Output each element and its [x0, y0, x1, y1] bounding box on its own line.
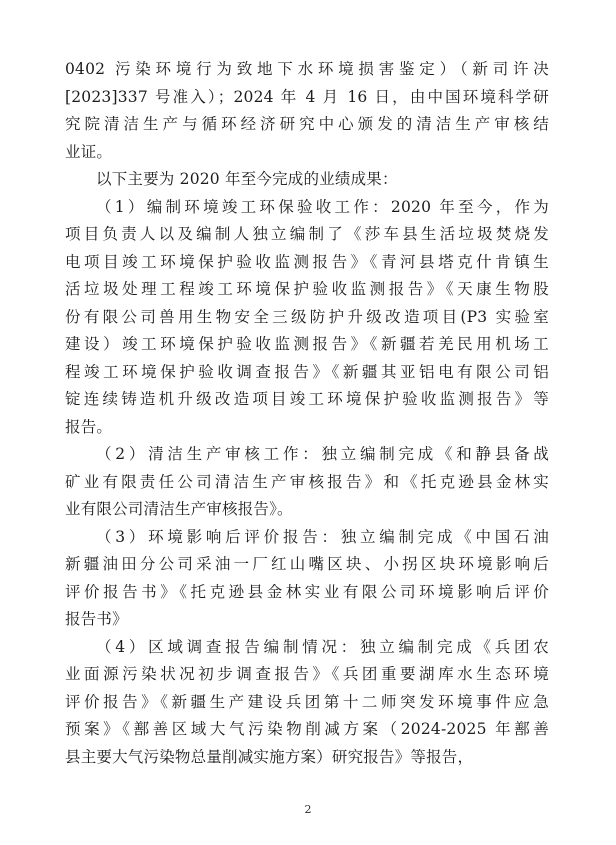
page-number: 2: [0, 803, 616, 816]
text-line: 新疆油田分公司采油一厂红山嘴区块、小拐区块环境影响后: [65, 551, 549, 579]
text-line: 锭连续铸造机升级改造项目竣工环境保护验收监测报告》等: [65, 386, 549, 414]
text-line: 0402 污染环境行为致地下水环境损害鉴定）（新司许决: [65, 56, 549, 84]
text-line: 项目负责人以及编制人独立编制了《莎车县生活垃圾焚烧发: [65, 221, 549, 249]
text-line: 程竣工环境保护验收调查报告》《新疆其亚铝电有限公司铝: [65, 359, 549, 387]
text-line: 究院清洁生产与循环经济研究中心颁发的清洁生产审核结: [65, 111, 549, 139]
document-page: 0402 污染环境行为致地下水环境损害鉴定）（新司许决[2023]337 号准入…: [0, 0, 616, 845]
text-line: 业证。: [65, 139, 549, 167]
text-line: 建设）竣工环境保护验收监测报告》《新疆若羌民用机场工: [65, 331, 549, 359]
text-line: （1）编制环境竣工环保验收工作：2020 年至今，作为: [65, 194, 549, 222]
text-line: 活垃圾处理工程竣工环境保护验收监测报告》《天康生物股: [65, 276, 549, 304]
text-line: 业面源污染状况初步调查报告》《兵团重要湖库水生态环境: [65, 661, 549, 689]
text-line: 县主要大气污染物总量削减实施方案）研究报告》等报告，: [65, 744, 549, 772]
text-line: 报告。: [65, 414, 549, 442]
text-line: 业有限公司清洁生产审核报告》。: [65, 496, 549, 524]
text-line: 预案》《鄯善区域大气污染物削减方案（2024-2025 年鄯善: [65, 716, 549, 744]
text-line: 评价报告》《新疆生产建设兵团第十二师突发环境事件应急: [65, 689, 549, 717]
text-line: 以下主要为 2020 年至今完成的业绩成果：: [65, 166, 549, 194]
text-line: 电项目竣工环境保护验收监测报告》《青河县塔克什肯镇生: [65, 249, 549, 277]
text-line: 评价报告书》《托克逊县金林实业有限公司环境影响后评价: [65, 579, 549, 607]
text-line: 份有限公司兽用生物安全三级防护升级改造项目(P3 实验室: [65, 304, 549, 332]
text-line: [2023]337 号准入）；2024 年 4 月 16 日，由中国环境科学研: [65, 84, 549, 112]
document-content: 0402 污染环境行为致地下水环境损害鉴定）（新司许决[2023]337 号准入…: [65, 56, 549, 771]
text-line: （4）区域调查报告编制情况：独立编制完成《兵团农: [65, 634, 549, 662]
text-line: （3）环境影响后评价报告：独立编制完成《中国石油: [65, 524, 549, 552]
text-line: 矿业有限责任公司清洁生产审核报告》和《托克逊县金林实: [65, 469, 549, 497]
text-line: （2）清洁生产审核工作：独立编制完成《和静县备战: [65, 441, 549, 469]
text-line: 报告书》: [65, 606, 549, 634]
